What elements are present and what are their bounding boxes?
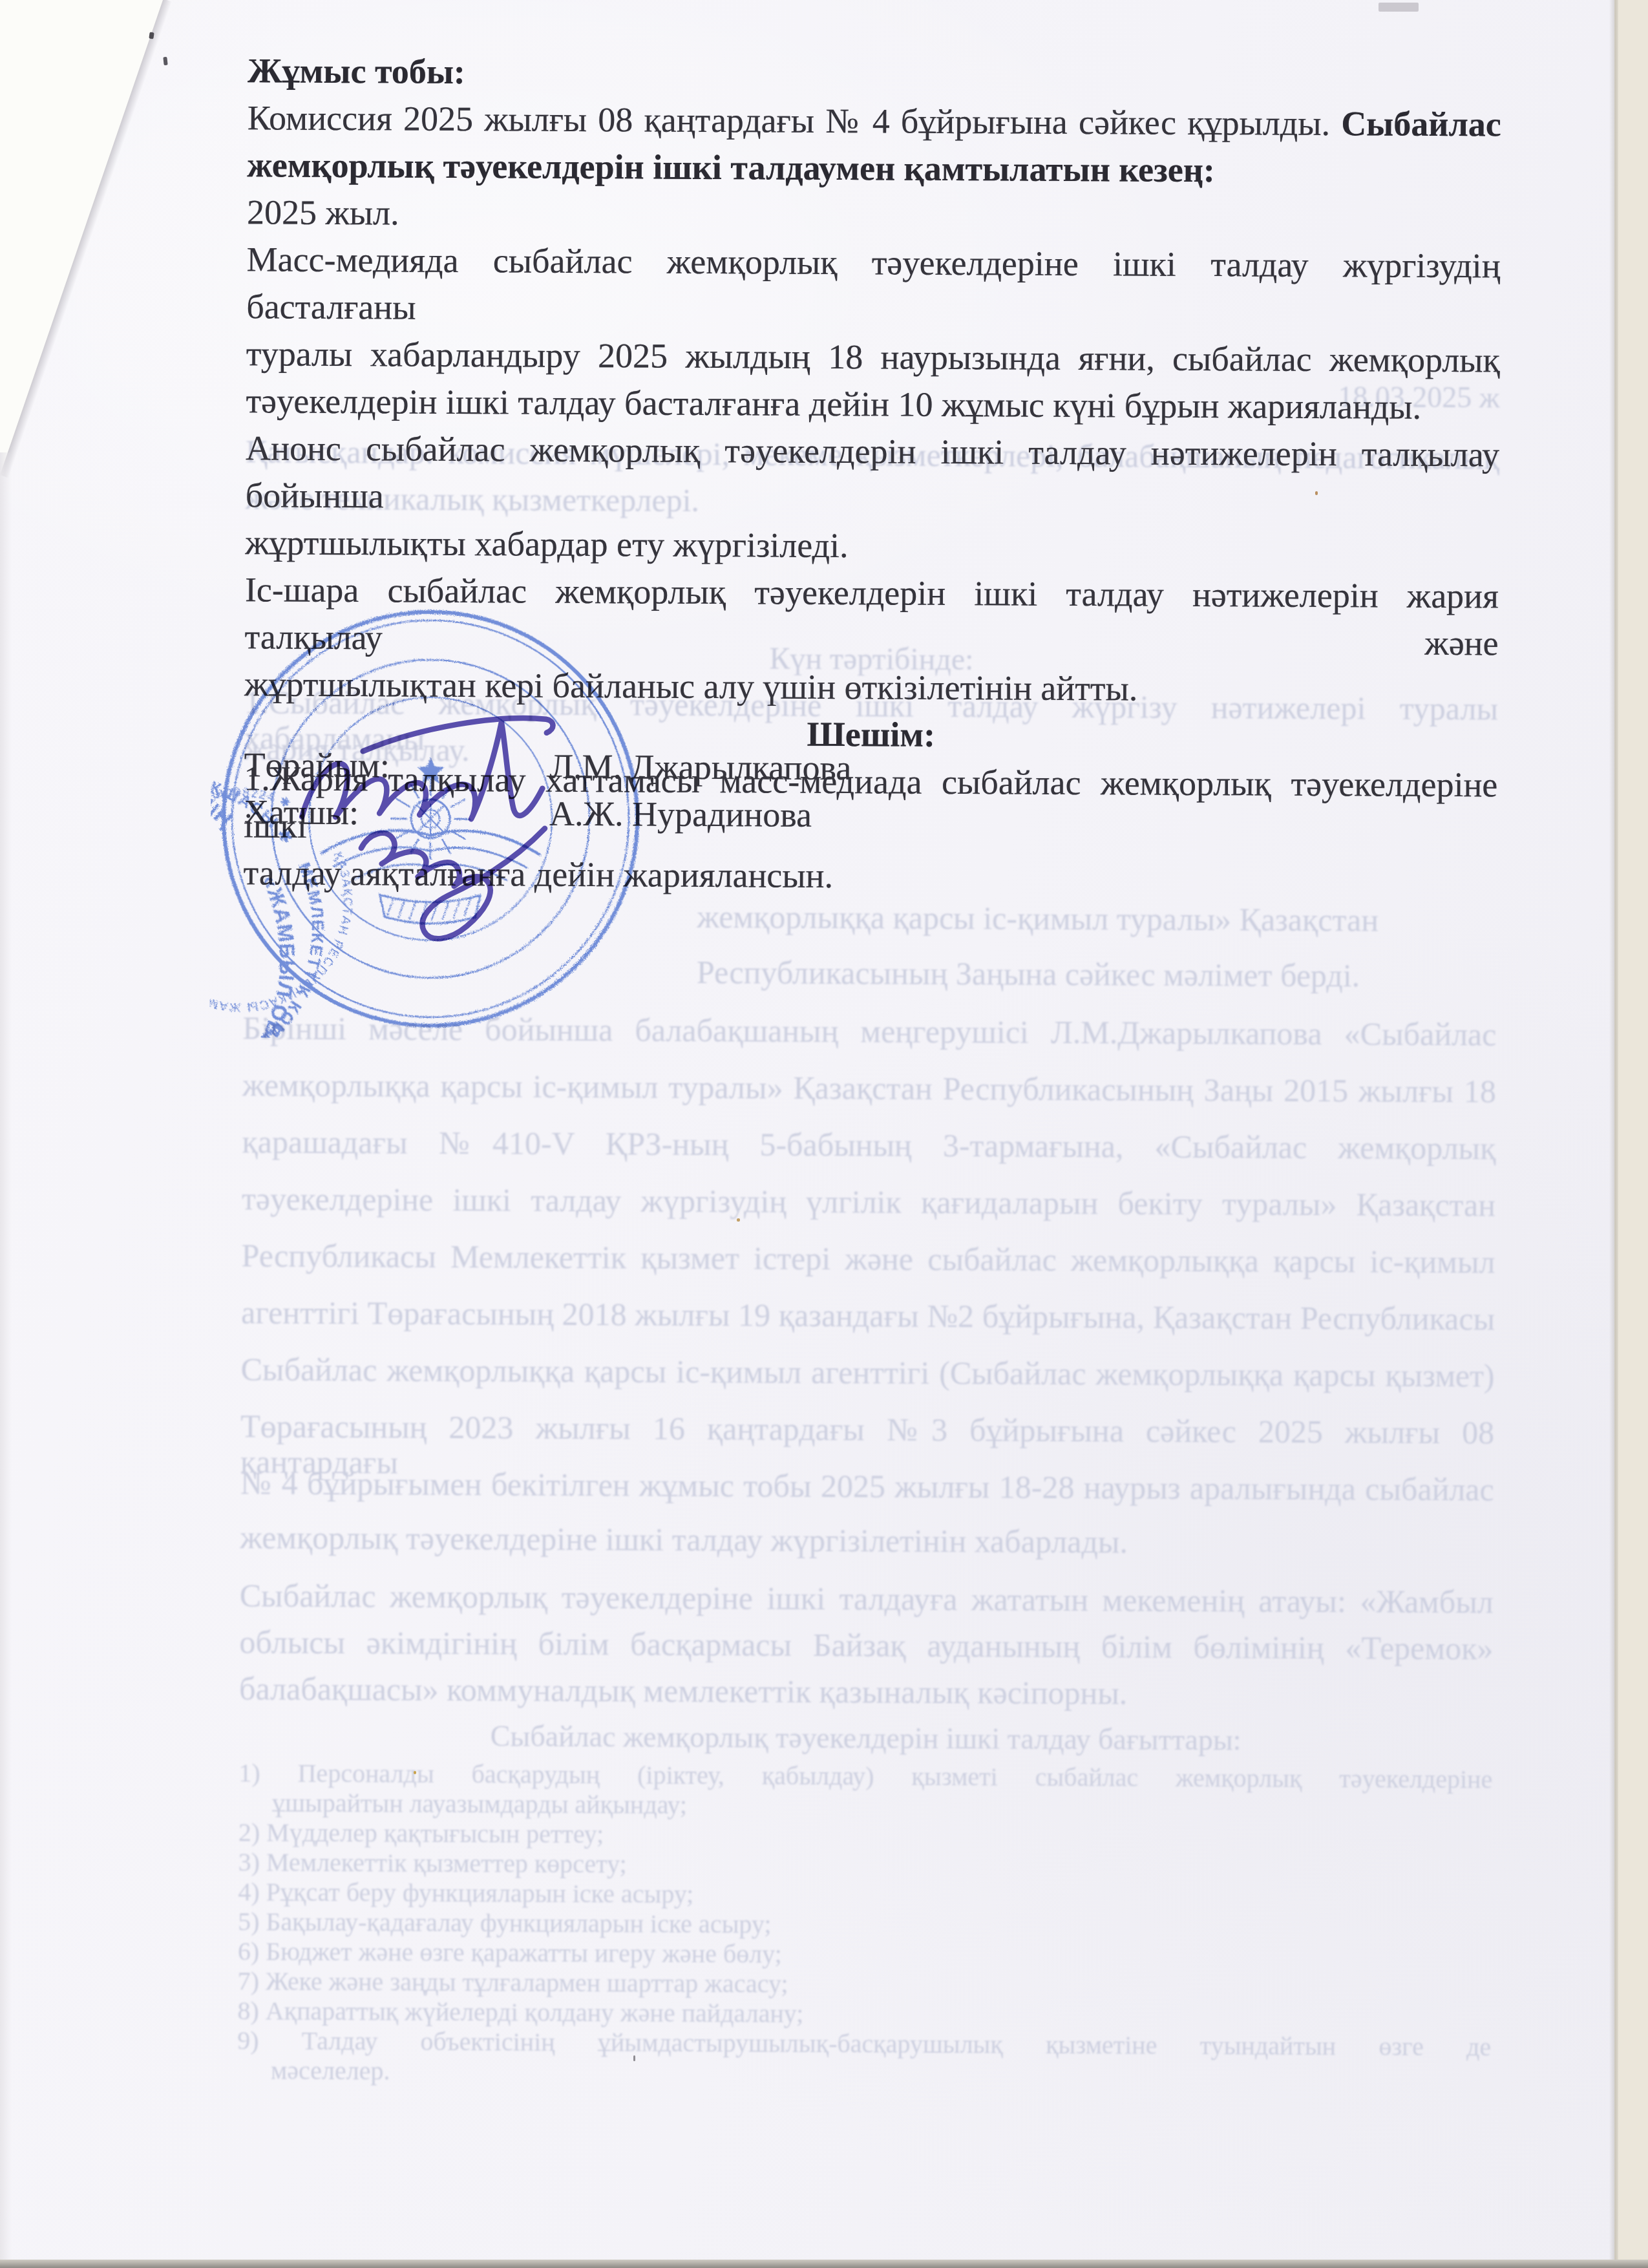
bleedthrough-line: № 4 бұйрығымен бекітілген жұмыс тобы 202… (240, 1465, 1494, 1507)
document-text-line: тәуекелдерін ішкі талдау басталғанға дей… (246, 377, 1499, 431)
sheet-right-edge-shadow (1609, 0, 1618, 2268)
dust-speck (414, 1771, 416, 1774)
bleedthrough-line: агенттігі Төрағасының 2018 жылғы 19 қаза… (241, 1295, 1495, 1337)
bleedthrough-line: балабақшасы» коммуналдық мемлекеттік қаз… (239, 1671, 1493, 1713)
document-text-line: Комиссия 2025 жылғы 08 қаңтардағы № 4 бұ… (248, 94, 1501, 148)
bleedthrough-line: жемқорлыққа қарсы іс-қимыл туралы» Қазақ… (697, 899, 1498, 938)
bleedthrough-line: жемқорлыққа қарсы іс-қимыл туралы» Қазақ… (242, 1067, 1496, 1109)
official-stamp: «ЖАМБЫЛ ОБЛЫСЫ ӘКІМДІГІНІҢ БІЛІМ БАСҚАРМ… (209, 598, 651, 1040)
bleedthrough-line: 9) Талдау объектісінің ұйымдастырушылық-… (237, 2026, 1491, 2061)
dust-speck (737, 1218, 740, 1222)
sheet-right-edge (1614, 0, 1648, 2268)
bleedthrough-line: тәуекелдеріне ішкі талдау жүргізудің үлг… (242, 1181, 1495, 1223)
document-text-line: туралы хабарландыру 2025 жылдың 18 науры… (246, 330, 1500, 384)
dust-speck (633, 2055, 635, 2061)
staple-mark (149, 32, 154, 39)
document-text-line: жұртшылықты хабардар ету жүргізіледі. (245, 519, 1499, 573)
staple-mark (163, 57, 167, 66)
bleedthrough-line: жемқорлық тәуекелдеріне ішкі талдау жүрг… (240, 1520, 1494, 1562)
bleedthrough-line: облысы әкімдігінің білім басқармасы Байз… (239, 1624, 1493, 1666)
page-content: 18.03.2025 жҚатысқандар: комиссия мүшеле… (0, 0, 1648, 2268)
dust-speck (1315, 491, 1318, 495)
sheet-left-edge (0, 452, 12, 2262)
scan-bottom-edge (0, 2260, 1648, 2268)
document-text-line: Жұмыс тобы: (248, 47, 1501, 101)
document-text-line: Масс-медияда сыбайлас жемқорлық тәуекелд… (246, 236, 1501, 337)
scan-smudge (1379, 3, 1419, 12)
bleedthrough-line: Республикасының Заңына сәйкес мәлімет бе… (697, 955, 1498, 994)
bleedthrough-line: Сыбайлас жемқорлыққа қарсы іс-қимыл аген… (241, 1351, 1495, 1394)
bleedthrough-line: қарашадағы №410-V ҚРЗ-ның 5-бабының 3-та… (242, 1124, 1495, 1166)
bleedthrough-line: Сыбайлас жемқорлық тәуекелдерін ішкі тал… (239, 1719, 1493, 1758)
document-text-line: Анонс сыбайлас жемқорлық тәуекелдерін іш… (246, 425, 1500, 525)
scanned-document-page: 18.03.2025 жҚатысқандар: комиссия мүшеле… (0, 0, 1648, 2268)
bleedthrough-line: Сыбайлас жемқорлық тәуекелдеріне ішкі та… (240, 1578, 1494, 1620)
document-text-line: жемқорлық тәуекелдерін ішкі талдаумен қа… (247, 142, 1501, 195)
document-text-line: 2025 жыл. (247, 189, 1501, 242)
stamp-text: «ЖАМБЫЛ ОБЛЫСЫ ӘКІМДІГІНІҢ БІЛІМ БАСҚАРМ… (209, 758, 355, 1039)
bleedthrough-line: Республикасы Мемлекеттік қызмет істері ж… (241, 1238, 1495, 1280)
bleedthrough-line: мәселелер. (271, 2057, 1525, 2092)
